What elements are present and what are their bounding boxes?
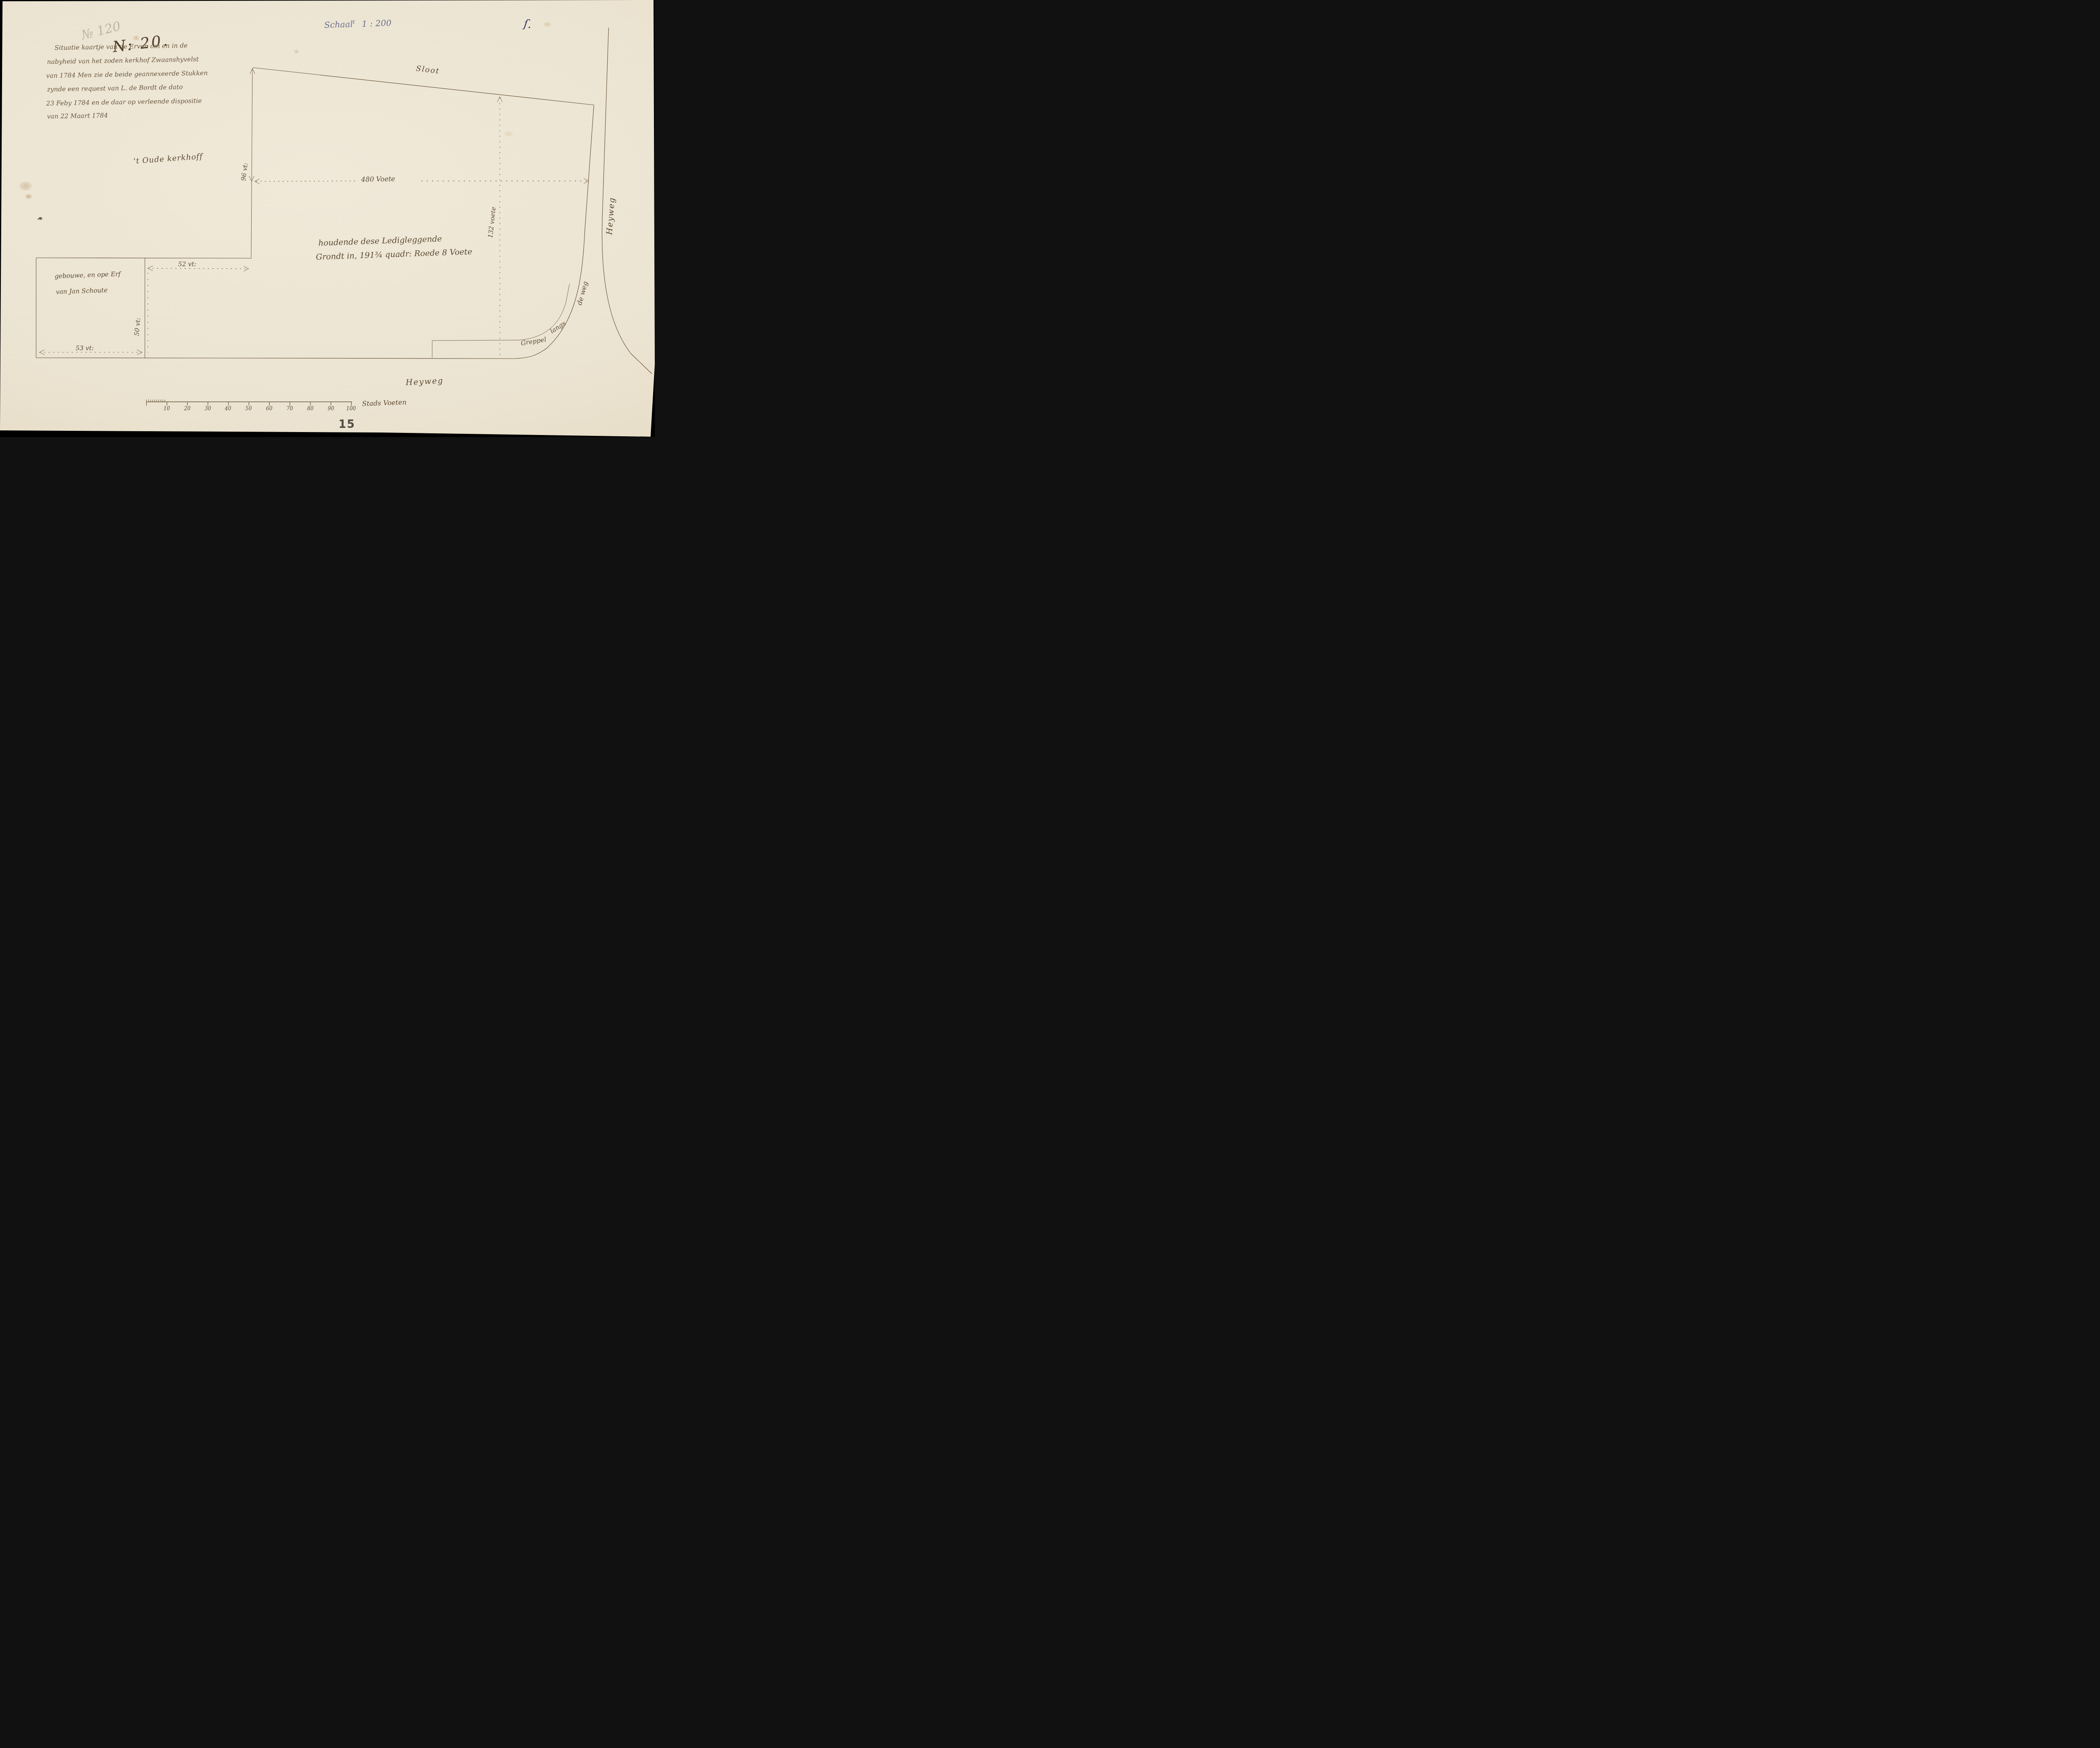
scale-tick-label: 20 [182, 406, 192, 411]
scale-unit-label: Stads Voeten [362, 399, 407, 407]
corner-flourish-mark: ſ. [523, 18, 532, 31]
measure-480-dotted [256, 181, 357, 181]
measure-52-dashed [148, 268, 249, 269]
scale-ratio: 1 : 200 [362, 18, 391, 29]
scanned-map-sheet: № 120 N: 20. Schaalt 1 : 200 ſ. Situatie… [0, 0, 655, 437]
scale-tick-label: 50 [244, 406, 254, 411]
west-boundary-line [251, 68, 252, 257]
measure-53-label: 53 vt: [76, 345, 94, 352]
arrow-tick [497, 97, 502, 102]
pen-check-mark [38, 218, 42, 220]
scale-tick-label: 30 [203, 406, 213, 411]
scale-tick-label: 100 [346, 406, 356, 411]
scale-tick-label: 80 [305, 406, 315, 411]
description-line: van 22 Maart 1784 [47, 113, 108, 120]
scale-tick-label: 60 [264, 406, 274, 411]
greppel-line [432, 284, 570, 358]
measure-480-label: 480 Voete [361, 176, 395, 183]
south-and-inner-road-boundary [36, 105, 594, 359]
scale-tick-label: 10 [162, 406, 172, 411]
paper-sheet: № 120 N: 20. Schaalt 1 : 200 ſ. Situatie… [0, 0, 655, 437]
kerkhof-bottom-line [36, 258, 252, 258]
scale-tick-label: 90 [326, 406, 336, 411]
page-number-stamp: 15 [339, 419, 355, 430]
scale-note: Schaalt 1 : 200 [324, 18, 392, 29]
scale-tick-label: 70 [285, 406, 295, 411]
scale-word: Schaal [324, 19, 353, 30]
map-drawing [0, 0, 655, 437]
scale-sup: t [353, 19, 355, 25]
scale-tick-label: 40 [223, 406, 233, 411]
measure-52-label: 52 vt: [178, 261, 196, 268]
arrow-tick [244, 266, 249, 271]
